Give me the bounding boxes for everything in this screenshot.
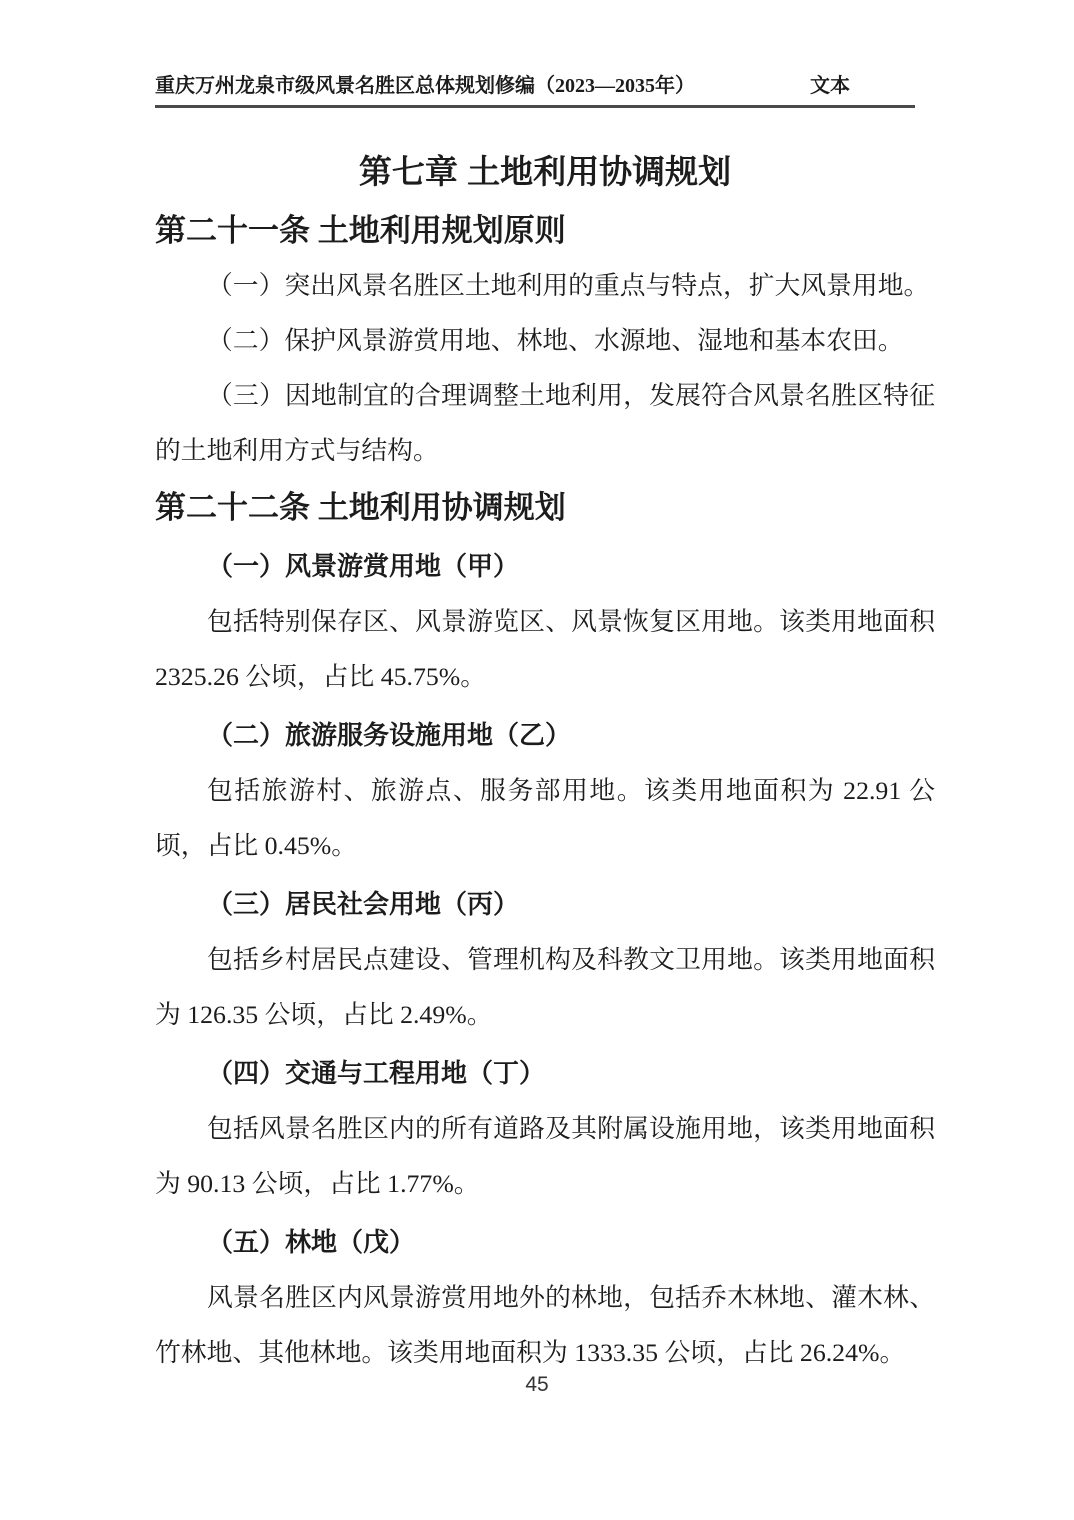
section-1-body: 包括特别保存区、风景游览区、风景恢复区用地。该类用地面积 2325.26 公顷，… [155, 594, 935, 704]
page-header: 重庆万州龙泉市级风景名胜区总体规划修编（2023—2035年） 文本 [155, 74, 915, 108]
section-5-subheading: （五）林地（戊） [155, 1215, 935, 1270]
section-4-body: 包括风景名胜区内的所有道路及其附属设施用地，该类用地面积为 90.13 公顷，占… [155, 1101, 935, 1211]
section-2-body: 包括旅游村、旅游点、服务部用地。该类用地面积为 22.91 公顷，占比 0.45… [155, 763, 935, 873]
article-22-heading: 第二十二条 土地利用协调规划 [155, 480, 935, 535]
section-1-subheading: （一）风景游赏用地（甲） [155, 539, 935, 594]
section-3-subheading: （三）居民社会用地（丙） [155, 877, 935, 932]
page-number: 45 [0, 1372, 1074, 1398]
header-doc-type-label: 文本 [810, 74, 850, 98]
section-5-body: 风景名胜区内风景游赏用地外的林地，包括乔木林地、灌木林、竹林地、其他林地。该类用… [155, 1270, 935, 1380]
article-21-paragraph-3: （三）因地制宜的合理调整土地利用，发展符合风景名胜区特征的土地利用方式与结构。 [155, 368, 935, 478]
section-2-subheading: （二）旅游服务设施用地（乙） [155, 708, 935, 763]
article-21-paragraph-1: （一）突出风景名胜区土地利用的重点与特点，扩大风景用地。 [155, 258, 935, 313]
document-body: 第七章 土地利用协调规划 第二十一条 土地利用规划原则 （一）突出风景名胜区土地… [155, 107, 935, 1380]
section-3-body: 包括乡村居民点建设、管理机构及科教文卫用地。该类用地面积为 126.35 公顷，… [155, 932, 935, 1042]
document-page: 重庆万州龙泉市级风景名胜区总体规划修编（2023—2035年） 文本 第七章 土… [0, 0, 1074, 1520]
chapter-title: 第七章 土地利用协调规划 [155, 144, 935, 199]
article-21-paragraph-2: （二）保护风景游赏用地、林地、水源地、湿地和基本农田。 [155, 313, 935, 368]
header-document-title: 重庆万州龙泉市级风景名胜区总体规划修编（2023—2035年） [155, 74, 695, 98]
section-4-subheading: （四）交通与工程用地（丁） [155, 1046, 935, 1101]
article-21-heading: 第二十一条 土地利用规划原则 [155, 203, 935, 258]
